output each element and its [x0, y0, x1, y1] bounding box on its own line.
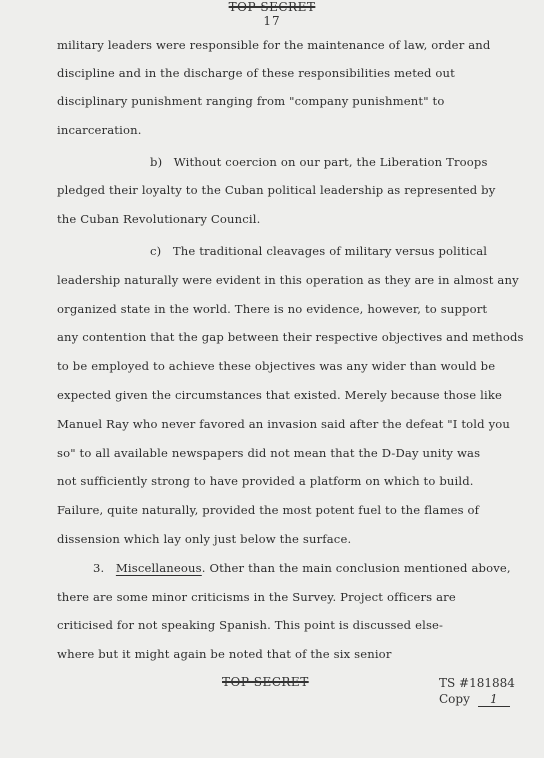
- ts-number: TS #181884: [439, 676, 515, 690]
- para-3-heading: Miscellaneous: [116, 561, 202, 575]
- body-line: the Cuban Revolutionary Council.: [57, 212, 260, 226]
- body-line: leadership naturally were evident in thi…: [57, 273, 519, 287]
- body-line: organized state in the world. There is n…: [57, 302, 487, 316]
- copy-line: Copy1: [439, 692, 510, 707]
- body-line: expected given the circumstances that ex…: [57, 388, 502, 402]
- body-line: dissension which lay only just below the…: [57, 532, 351, 546]
- body-line: where but it might again be noted that o…: [57, 647, 392, 661]
- body-line: discipline and in the discharge of these…: [57, 66, 455, 80]
- body-line: Failure, quite naturally, provided the m…: [57, 503, 479, 517]
- body-line: any contention that the gap between thei…: [57, 330, 524, 344]
- body-line: not sufficiently strong to have provided…: [57, 474, 474, 488]
- body-line: to be employed to achieve these objectiv…: [57, 359, 495, 373]
- page-number: 17: [0, 14, 544, 28]
- footer-classification: TOP SECRET: [222, 675, 309, 689]
- para-3-text: . Other than the main conclusion mention…: [202, 561, 511, 575]
- copy-label: Copy: [439, 692, 470, 706]
- para-c-label: c): [150, 244, 161, 258]
- body-line: disciplinary punishment ranging from "co…: [57, 94, 445, 108]
- copy-number: 1: [478, 692, 510, 707]
- body-line: Manuel Ray who never favored an invasion…: [57, 417, 510, 431]
- body-line: military leaders were responsible for th…: [57, 38, 490, 52]
- para-b-first-line: b) Without coercion on our part, the Lib…: [150, 155, 488, 169]
- body-line: there are some minor criticisms in the S…: [57, 590, 456, 604]
- para-3-number: 3.: [93, 561, 104, 575]
- header-classification: TOP SECRET: [0, 0, 544, 14]
- para-b-text: Without coercion on our part, the Libera…: [174, 155, 488, 169]
- para-3-first-line: 3. Miscellaneous. Other than the main co…: [93, 561, 511, 575]
- body-line: pledged their loyalty to the Cuban polit…: [57, 183, 495, 197]
- body-line: criticised for not speaking Spanish. Thi…: [57, 618, 443, 632]
- para-b-label: b): [150, 155, 162, 169]
- body-line: so" to all available newspapers did not …: [57, 446, 480, 460]
- para-c-first-line: c) The traditional cleavages of military…: [150, 244, 487, 258]
- body-line: incarceration.: [57, 123, 142, 137]
- document-page: TOP SECRET 17 military leaders were resp…: [0, 0, 544, 758]
- para-c-text: The traditional cleavages of military ve…: [173, 244, 487, 258]
